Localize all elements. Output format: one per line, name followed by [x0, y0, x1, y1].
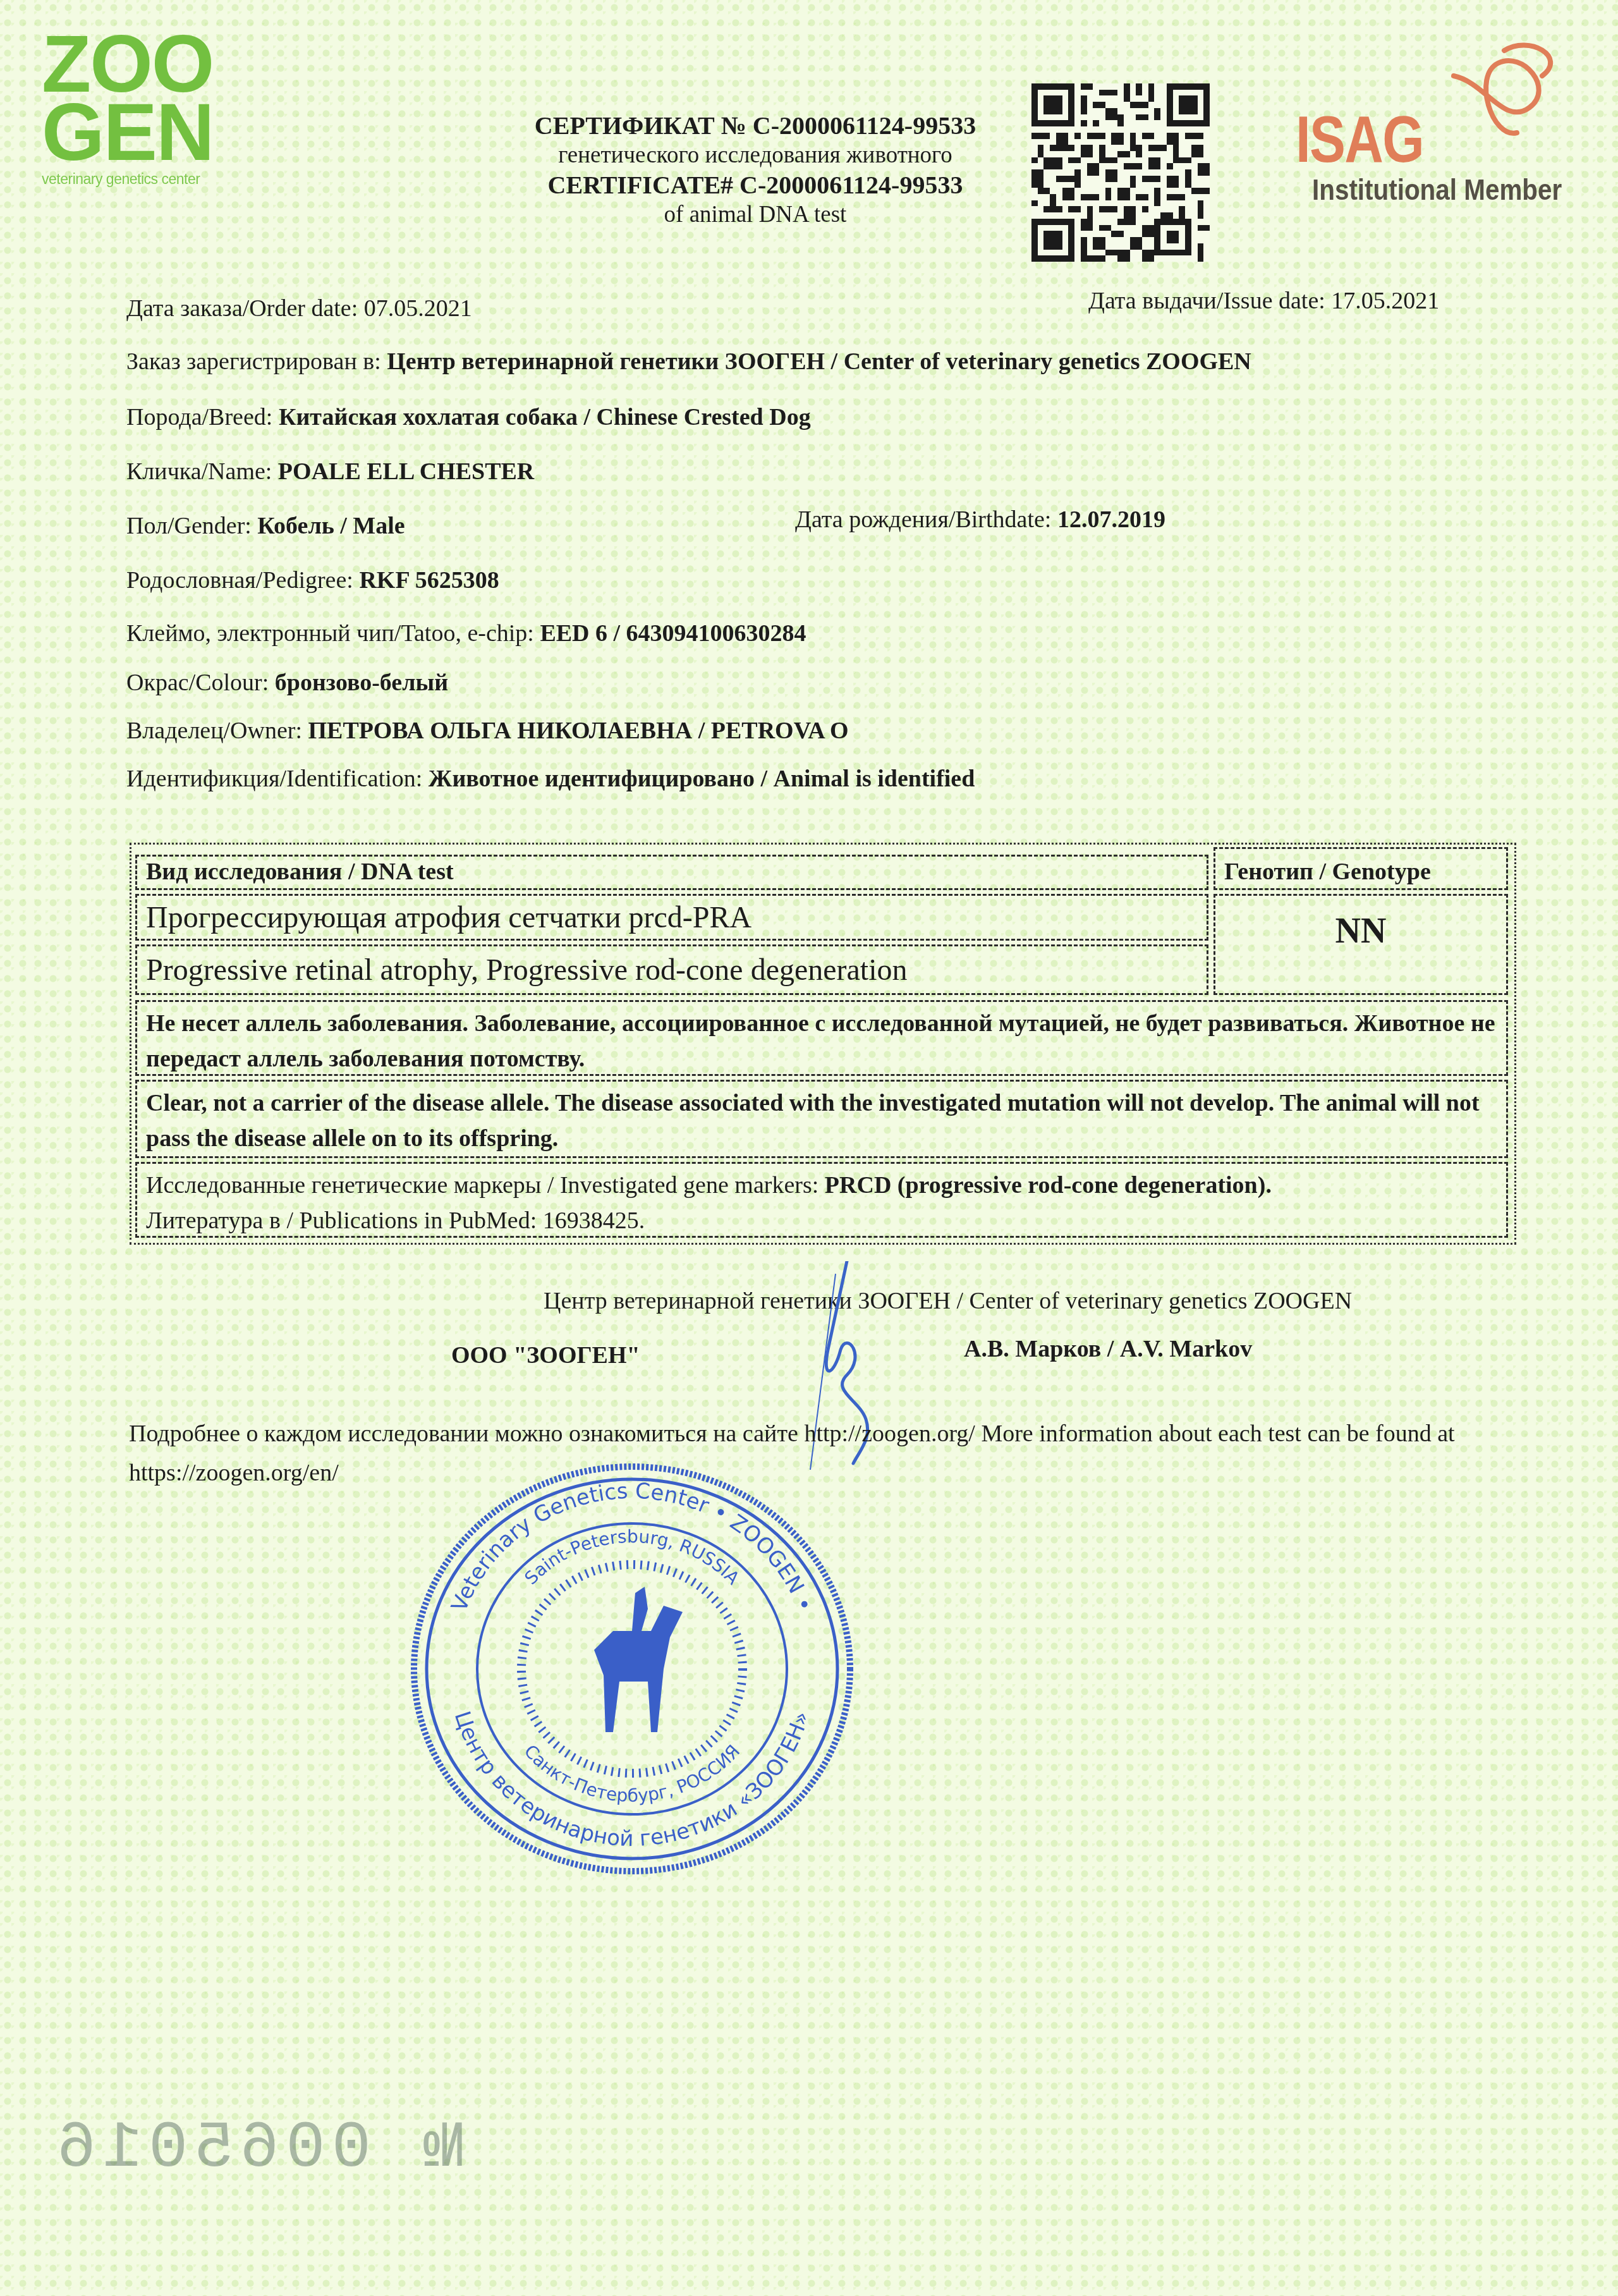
zoogen-logo: ZOO GEN veterinary genetics center: [42, 30, 231, 188]
qr-code-icon: [1031, 83, 1210, 262]
markers-label: Исследованные генетические маркеры / Inv…: [146, 1172, 825, 1199]
genotype-value: NN: [1213, 894, 1508, 995]
subtitle-ru: генетического исследования животного: [480, 141, 1030, 170]
field-identification: Идентификция/Identification: Животное ид…: [126, 765, 975, 793]
header-genotype: Генотип / Genotype: [1213, 847, 1508, 890]
field-gender: Пол/Gender: Кобель / Male: [126, 512, 405, 540]
order-date: Дата заказа/Order date: 07.05.2021: [126, 295, 472, 322]
markers-value: PRCD (progressive rod-cone degeneration)…: [825, 1172, 1272, 1199]
markers-cell: Исследованные генетические маркеры / Inv…: [135, 1162, 1508, 1238]
certificate-title: СЕРТИФИКАТ № C-2000061124-99533 генетиче…: [480, 111, 1030, 229]
test-name-en: Progressive retinal atrophy, Progressive…: [135, 944, 1208, 995]
result-ru: Не несет аллель заболевания. Заболевание…: [135, 1000, 1508, 1076]
order-date-value: 07.05.2021: [364, 295, 472, 322]
serial-number: № 0065016: [51, 2111, 463, 2186]
field-birthdate: Дата рождения/Birthdate: 12.07.2019: [795, 506, 1165, 534]
field-breed: Порода/Breed: Китайская хохлатая собака …: [126, 403, 811, 431]
field-registered: Заказ зарегистрирован в: Центр ветеринар…: [126, 348, 1251, 376]
results-table: Вид исследования / DNA test Генотип / Ge…: [130, 843, 1516, 1245]
publications: Литература в / Publications in PubMed: 1…: [146, 1207, 645, 1234]
signatory-name: А.В. Марков / A.V. Markov: [964, 1335, 1252, 1363]
test-name-ru: Прогрессирующая атрофия сетчатки prcd-PR…: [135, 894, 1208, 941]
title-ru: СЕРТИФИКАТ № C-2000061124-99533: [480, 111, 1030, 141]
issue-date-value: 17.05.2021: [1331, 288, 1439, 314]
official-stamp-icon: Veterinary Genetics Center • ZOOGEN • Це…: [404, 1460, 860, 1878]
company-name: ООО "ЗООГЕН": [451, 1341, 640, 1369]
field-owner: Владелец/Owner: ПЕТРОВА ОЛЬГА НИКОЛАЕВНА…: [126, 717, 849, 745]
logo-line-2: GEN: [42, 99, 231, 167]
field-name: Кличка/Name: POALE ELL CHESTER: [126, 458, 534, 485]
result-en: Clear, not a carrier of the disease alle…: [135, 1080, 1508, 1158]
field-pedigree: Родословная/Pedigree: RKF 5625308: [126, 566, 499, 594]
subtitle-en: of animal DNA test: [480, 200, 1030, 229]
title-en: CERTIFICATE# C-2000061124-99533: [480, 170, 1030, 200]
field-colour: Окрас/Colour: бронзово-белый: [126, 669, 448, 697]
isag-logo: ISAG Institutional Member: [1289, 38, 1605, 215]
isag-letters: ISAG: [1296, 102, 1423, 178]
svg-text:Saint-Petersburg, RUSSIA: Saint-Petersburg, RUSSIA: [520, 1526, 743, 1589]
horse-rider-icon: [594, 1587, 683, 1732]
issuer-center: Центр ветеринарной генетики ЗООГЕН / Cen…: [544, 1287, 1352, 1315]
field-chip: Клеймо, электронный чип/Tatoo, e-chip: E…: [126, 620, 806, 647]
issue-date: Дата выдачи/Issue date: 17.05.2021: [1088, 287, 1439, 315]
header-dna-test: Вид исследования / DNA test: [135, 855, 1208, 890]
dna-helix-icon: [1428, 38, 1580, 164]
isag-member-label: Institutional Member: [1312, 172, 1562, 207]
